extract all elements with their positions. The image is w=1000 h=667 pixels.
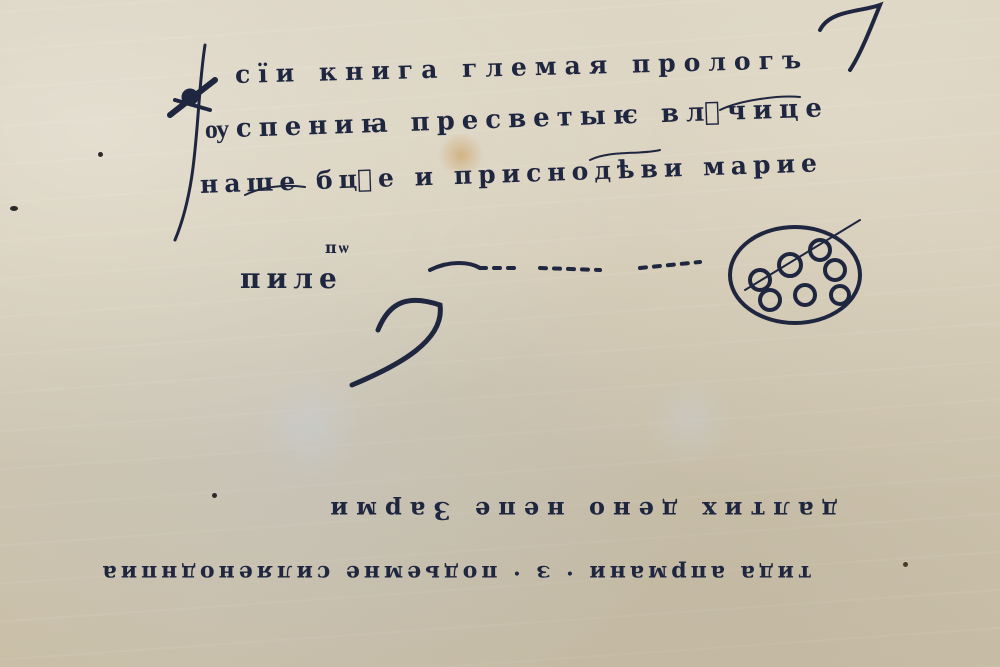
monogram-icon <box>730 220 860 323</box>
parchment-page: сїи книга глемая прологъ ѹспениꙗ пресвет… <box>0 0 1000 667</box>
ink-strokes <box>0 0 1000 667</box>
flourish-icon <box>352 300 440 385</box>
cross-mark-icon <box>175 45 205 240</box>
